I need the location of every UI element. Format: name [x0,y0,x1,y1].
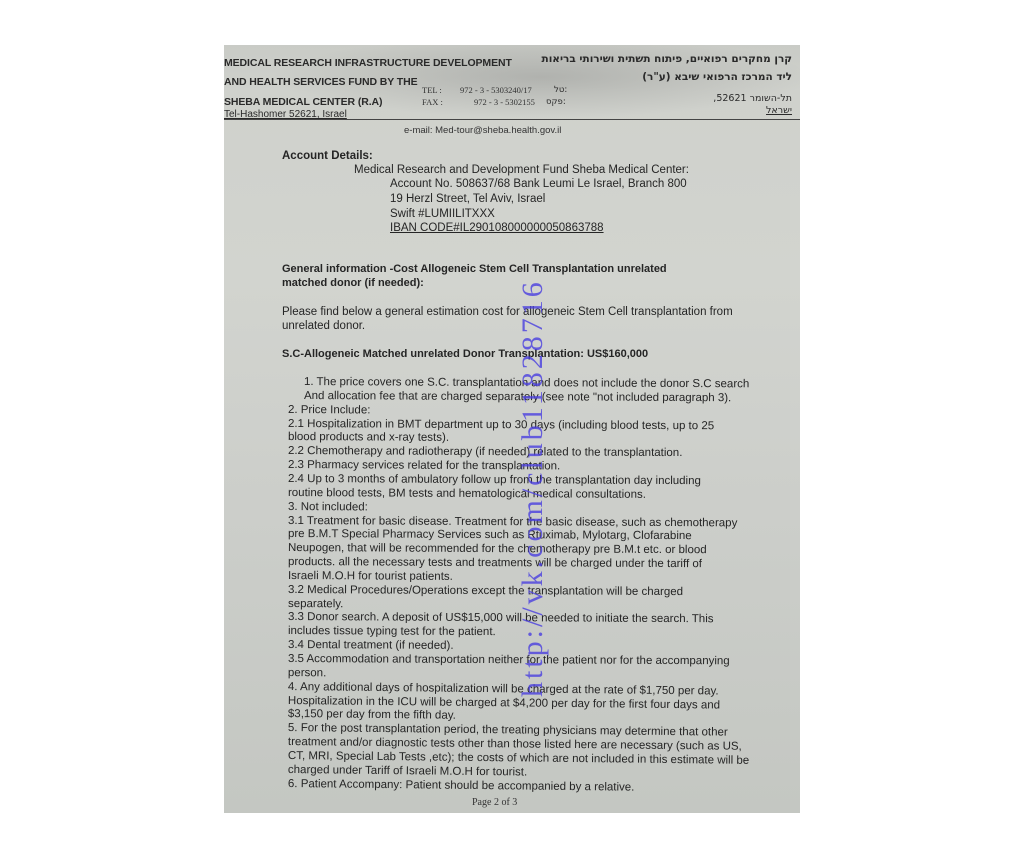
scanned-document-page: MEDICAL RESEARCH INFRASTRUCTURE DEVELOPM… [224,45,800,813]
letterhead-address-he-1: תל-השומר 52621, [713,93,792,104]
terms-line: 3.4 Dental treatment (if needed). [288,639,454,654]
account-details-heading: Account Details: [282,150,373,164]
letterhead-address-he-2: ישראל [766,105,792,116]
account-line-3: 19 Herzl Street, Tel Aviv, Israel [390,193,545,207]
letterhead-he-line-1: קרן מחקרים רפואיים, פיתוח תשתית ושירותי … [542,53,792,65]
letterhead-en-line-1: MEDICAL RESEARCH INFRASTRUCTURE DEVELOPM… [224,57,512,69]
terms-line: 3.2 Medical Procedures/Operations except… [288,584,683,600]
account-line-4: Swift #LUMIILITXXX [390,208,495,222]
letterhead-divider [224,119,800,120]
general-heading-line-1: General information -Cost Allogeneic Ste… [282,263,667,277]
letterhead-he-line-2: ליד המרכז הרפואי שיבא (ע"ר) [642,71,792,83]
fax-value: 972 - 3 - 5302155 [474,97,535,107]
account-line-1: Medical Research and Development Fund Sh… [354,164,689,178]
page-number: Page 2 of 3 [472,797,517,808]
terms-line: 3. Not included: [288,501,368,515]
letterhead-en-line-3: SHEBA MEDICAL CENTER (R.A) [224,96,382,108]
tel-value: 972 - 3 - 5303240/17 [460,85,532,95]
general-intro-line-2: unrelated donor. [282,320,365,334]
terms-line: person. [288,667,327,681]
tel-label: TEL : [422,85,442,95]
general-heading-line-2: matched donor (if needed): [282,277,424,291]
terms-line: includes tissue typing test for the pati… [288,625,496,640]
terms-line: 3.5 Accommodation and transportation nei… [288,653,730,669]
terms-line: 6. Patient Accompany: Patient should be … [288,778,635,795]
letterhead-en-line-2: AND HEALTH SERVICES FUND BY THE [224,76,418,88]
terms-line: Israeli M.O.H for tourist patients. [288,570,453,585]
terms-line: separately. [288,598,343,612]
fax-label-he: :פקס [546,97,566,107]
price-heading: S.C-Allogeneic Matched unrelated Donor T… [282,348,648,362]
general-intro-line-1: Please find below a general estimation c… [282,306,733,320]
email-address: e-mail: Med-tour@sheba.health.gov.il [404,125,561,136]
fax-label: FAX : [422,97,443,107]
watermark-url-text: http://vk.com/club11828716 [516,279,550,697]
terms-line: routine blood tests, BM tests and hemato… [288,487,646,503]
terms-line: 2. Price Include: [288,404,371,418]
account-iban: IBAN CODE#IL290108000000050863788 [390,222,604,236]
terms-line: blood products and x-ray tests). [288,431,449,446]
account-line-2: Account No. 508637/68 Bank Leumi Le Isra… [390,178,687,192]
tel-label-he: :טל [554,85,567,95]
